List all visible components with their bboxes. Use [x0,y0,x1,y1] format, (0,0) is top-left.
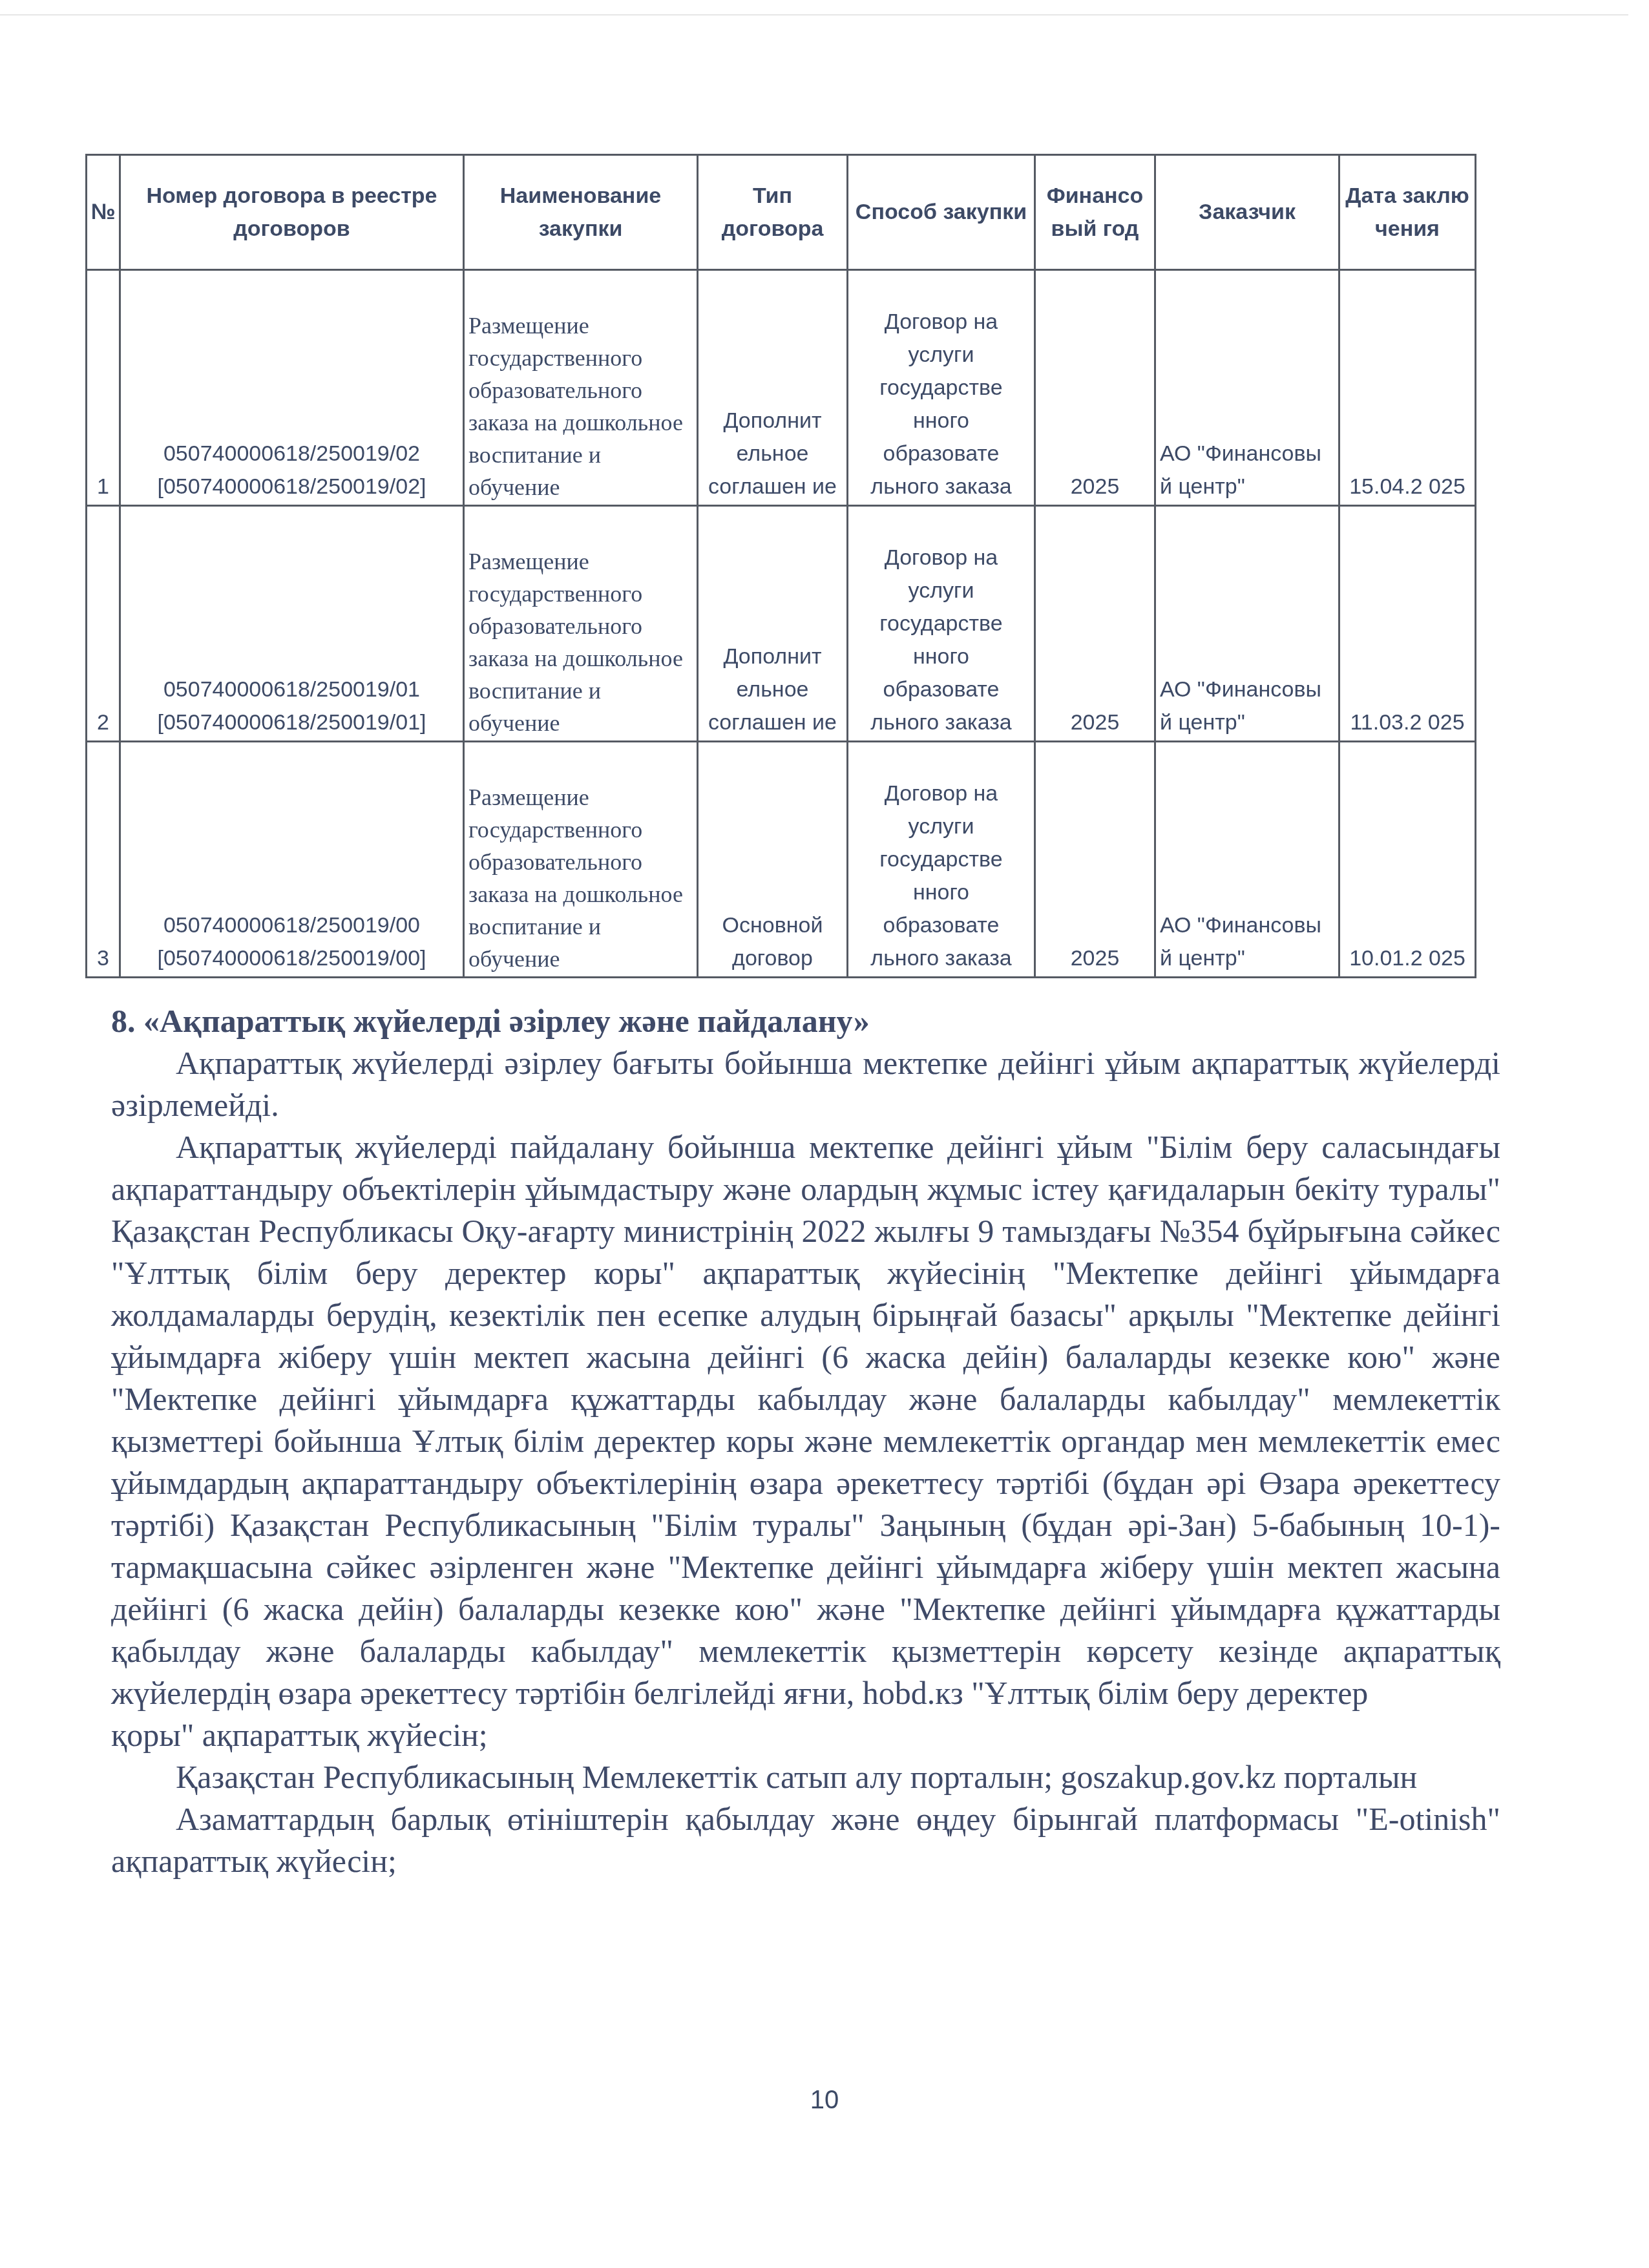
header-registry-number: Номер договора в реестре договоров [120,155,464,270]
header-date: Дата заклю чения [1339,155,1476,270]
header-purchase-name: Наименование закупки [464,155,698,270]
cell-registry-number: 050740000618/250019/00 [050740000618/250… [120,742,464,978]
cell-purchase-name: Размещение государственного образователь… [464,270,698,506]
cell-fiscal-year: 2025 [1035,270,1155,506]
header-num: № [87,155,120,270]
cell-customer: АО "Финансовы й центр" [1155,506,1339,742]
cell-num: 1 [87,270,120,506]
paragraph-nobd-system: қоры" ақпараттық жүйесін; [111,1714,1500,1756]
cell-date: 10.01.2 025 [1339,742,1476,978]
cell-fiscal-year: 2025 [1035,506,1155,742]
table-row: 3 050740000618/250019/00 [050740000618/2… [87,742,1476,978]
table-header-row: № Номер договора в реестре договоров Наи… [87,155,1476,270]
cell-contract-type: Основной договор [698,742,848,978]
table-row: 2 050740000618/250019/01 [050740000618/2… [87,506,1476,742]
paragraph-goszakup: Қазақстан Республикасының Мемлекеттік са… [111,1756,1500,1798]
cell-registry-number: 050740000618/250019/01 [050740000618/250… [120,506,464,742]
cell-date: 11.03.2 025 [1339,506,1476,742]
cell-purchase-method: Договор на услуги государстве нного обра… [848,506,1035,742]
section-body: 8. «Ақпараттық жүйелерді әзірлеу және па… [111,1000,1500,1882]
cell-purchase-name: Размещение государственного образователь… [464,506,698,742]
cell-date: 15.04.2 025 [1339,270,1476,506]
page-number: 10 [0,2086,1649,2115]
cell-customer: АО "Финансовы й центр" [1155,742,1339,978]
table-row: 1 050740000618/250019/02 [050740000618/2… [87,270,1476,506]
cell-num: 3 [87,742,120,978]
cell-fiscal-year: 2025 [1035,742,1155,978]
contracts-table: № Номер договора в реестре договоров Наи… [85,154,1476,978]
cell-num: 2 [87,506,120,742]
cell-purchase-name: Размещение государственного образователь… [464,742,698,978]
cell-purchase-method: Договор на услуги государстве нного обра… [848,270,1035,506]
paragraph-usage: Ақпараттық жүйелерді пайдалану бойынша м… [111,1126,1500,1714]
cell-contract-type: Дополнит ельное соглашен ие [698,506,848,742]
header-fiscal-year: Финансо вый год [1035,155,1155,270]
cell-contract-type: Дополнит ельное соглашен ие [698,270,848,506]
cell-purchase-method: Договор на услуги государстве нного обра… [848,742,1035,978]
cell-registry-number: 050740000618/250019/02 [050740000618/250… [120,270,464,506]
cell-customer: АО "Финансовы й центр" [1155,270,1339,506]
paragraph-e-otinish: Азаматтардың барлық өтініштерін қабылдау… [111,1798,1500,1882]
header-contract-type: Тип договора [698,155,848,270]
scan-top-edge [0,14,1628,16]
header-customer: Заказчик [1155,155,1339,270]
paragraph-development: Ақпараттық жүйелерді әзірлеу бағыты бойы… [111,1042,1500,1126]
section-heading: 8. «Ақпараттық жүйелерді әзірлеу және па… [111,1000,1500,1042]
header-purchase-method: Способ закупки [848,155,1035,270]
